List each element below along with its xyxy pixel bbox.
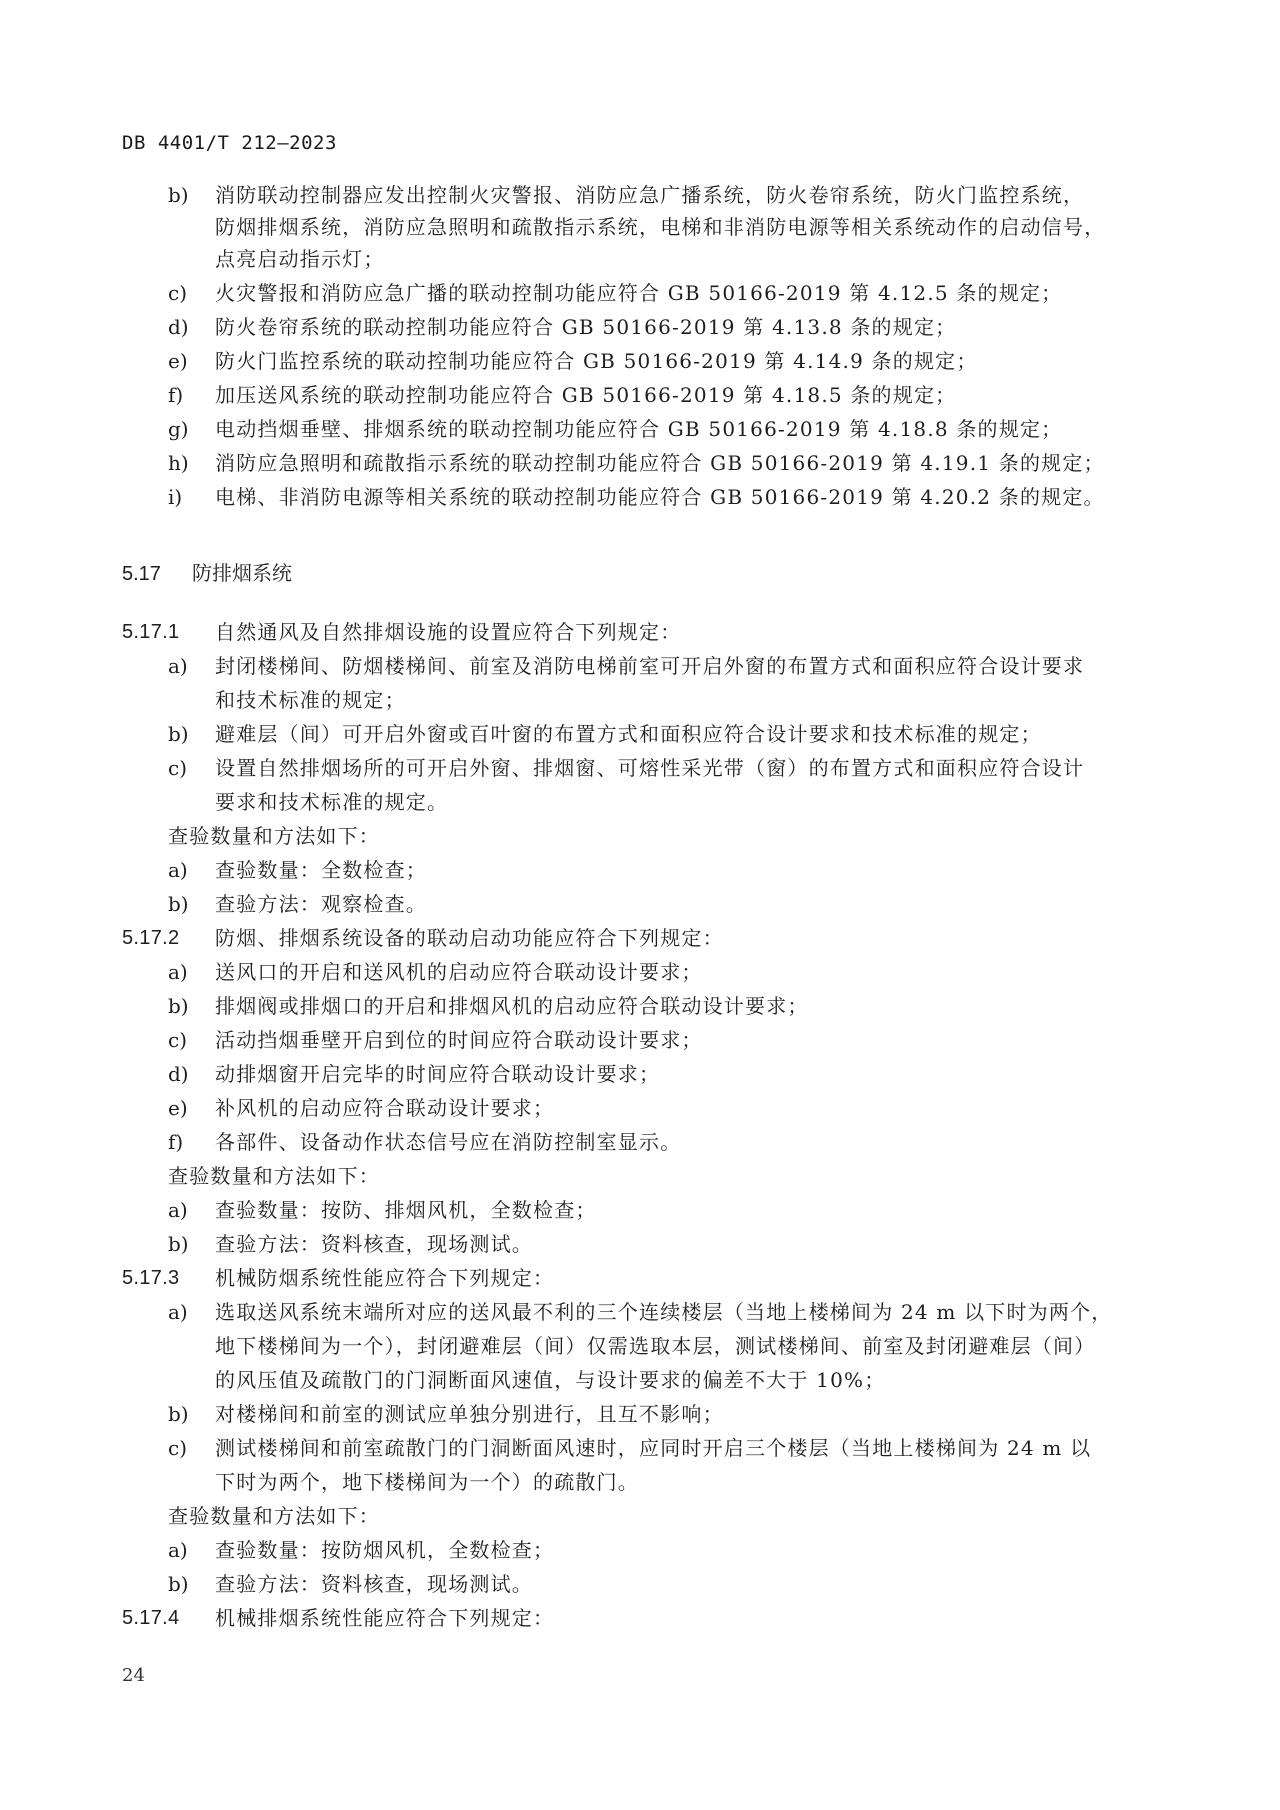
list-label: b) [168,722,189,746]
section-title: 防排烟系统 [192,563,292,585]
list-label: d) [168,315,189,339]
list-label: b) [168,1232,189,1256]
inspection-intro: 查验数量和方法如下： [168,1504,380,1528]
list-item-text: 防火门监控系统的联动控制功能应符合 GB 50166-2019 第 4.14.9… [215,349,978,373]
list-item-text: 防烟排烟系统，消防应急照明和疏散指示系统，电梯和非消防电源等相关系统动作的启动信… [215,215,1105,239]
list-label: g) [168,417,189,441]
clause-text: 机械防烟系统性能应符合下列规定： [215,1266,554,1290]
list-label: e) [168,1096,188,1120]
list-item-text: 各部件、设备动作状态信号应在消防控制室显示。 [215,1130,681,1154]
list-item-text: 下时为两个，地下楼梯间为一个）的疏散门。 [215,1470,639,1494]
inspection-item: 查验方法：资料核查，现场测试。 [215,1572,533,1596]
list-label: a) [168,960,188,984]
clause-number: 5.17.4 [122,1606,179,1630]
list-item-text: 加压送风系统的联动控制功能应符合 GB 50166-2019 第 4.18.5 … [215,383,956,407]
list-item-text: 对楼梯间和前室的测试应单独分别进行，且互不影响； [215,1402,724,1426]
list-item-text: 的风压值及疏散门的门洞断面风速值，与设计要求的偏差不大于 10%； [215,1368,885,1392]
clause-text: 防烟、排烟系统设备的联动启动功能应符合下列规定： [215,926,724,950]
clause-number: 5.17.3 [122,1266,179,1290]
list-item-text: 防火卷帘系统的联动控制功能应符合 GB 50166-2019 第 4.13.8 … [215,315,956,339]
inspection-item: 查验方法：资料核查，现场测试。 [215,1232,533,1256]
list-label: b) [168,1402,189,1426]
list-label: c) [168,756,187,780]
section-heading: 5.17防排烟系统 [122,562,292,586]
list-label: f) [168,1130,183,1154]
page-number: 24 [122,1665,145,1686]
inspection-item: 查验数量：按防、排烟风机，全数检查； [215,1198,597,1222]
list-item-text: 要求和技术标准的规定。 [215,790,448,814]
list-item-text: 消防联动控制器应发出控制火灾警报、消防应急广播系统，防火卷帘系统，防火门监控系统… [215,183,1084,207]
list-label: d) [168,1062,189,1086]
list-item-text: 和技术标准的规定； [215,688,406,712]
inspection-intro: 查验数量和方法如下： [168,1164,380,1188]
section-number: 5.17 [122,562,192,586]
list-label: b) [168,994,189,1018]
list-label: b) [168,1572,189,1596]
inspection-intro: 查验数量和方法如下： [168,824,380,848]
list-label: b) [168,183,189,207]
list-label: c) [168,1028,187,1052]
list-label: a) [168,858,188,882]
list-item-text: 动排烟窗开启完毕的时间应符合联动设计要求； [215,1062,660,1086]
list-item-text: 送风口的开启和送风机的启动应符合联动设计要求； [215,960,703,984]
list-item-text: 点亮启动指示灯； [215,247,385,271]
list-item-text: 选取送风系统末端所对应的送风最不利的三个连续楼层（当地上楼梯间为 24 m 以下… [215,1300,1113,1324]
list-label: a) [168,654,188,678]
list-item-text: 地下楼梯间为一个），封闭避难层（间）仅需选取本层，测试楼梯间、前室及封闭避难层（… [215,1334,1095,1358]
list-label: i) [168,485,182,509]
list-item-text: 电动挡烟垂壁、排烟系统的联动控制功能应符合 GB 50166-2019 第 4.… [215,417,1062,441]
list-label: c) [168,281,187,305]
clause-number: 5.17.2 [122,926,179,950]
list-item-text: 避难层（间）可开启外窗或百叶窗的布置方式和面积应符合设计要求和技术标准的规定； [215,722,1042,746]
list-item-text: 测试楼梯间和前室疏散门的门洞断面风速时，应同时开启三个楼层（当地上楼梯间为 24… [215,1436,1091,1460]
inspection-item: 查验数量：按防烟风机，全数检查； [215,1538,554,1562]
list-label: c) [168,1436,187,1460]
clause-number: 5.17.1 [122,620,179,644]
list-item-text: 设置自然排烟场所的可开启外窗、排烟窗、可熔性采光带（窗）的布置方式和面积应符合设… [215,756,1084,780]
list-label: a) [168,1300,188,1324]
list-item-text: 消防应急照明和疏散指示系统的联动控制功能应符合 GB 50166-2019 第 … [215,451,1105,475]
list-label: e) [168,349,188,373]
clause-text: 机械排烟系统性能应符合下列规定： [215,1606,554,1630]
list-item-text: 电梯、非消防电源等相关系统的联动控制功能应符合 GB 50166-2019 第 … [215,485,1105,509]
list-item-text: 补风机的启动应符合联动设计要求； [215,1096,554,1120]
inspection-item: 查验数量：全数检查； [215,858,427,882]
list-item-text: 排烟阀或排烟口的开启和排烟风机的启动应符合联动设计要求； [215,994,809,1018]
list-label: h) [168,451,189,475]
list-item-text: 封闭楼梯间、防烟楼梯间、前室及消防电梯前室可开启外窗的布置方式和面积应符合设计要… [215,654,1084,678]
inspection-item: 查验方法：观察检查。 [215,892,427,916]
list-label: f) [168,383,183,407]
list-item-text: 活动挡烟垂壁开启到位的时间应符合联动设计要求； [215,1028,703,1052]
list-label: b) [168,892,189,916]
list-label: a) [168,1198,188,1222]
clause-text: 自然通风及自然排烟设施的设置应符合下列规定： [215,620,681,644]
list-label: a) [168,1538,188,1562]
document-header: DB 4401/T 212—2023 [122,132,337,154]
list-item-text: 火灾警报和消防应急广播的联动控制功能应符合 GB 50166-2019 第 4.… [215,281,1062,305]
